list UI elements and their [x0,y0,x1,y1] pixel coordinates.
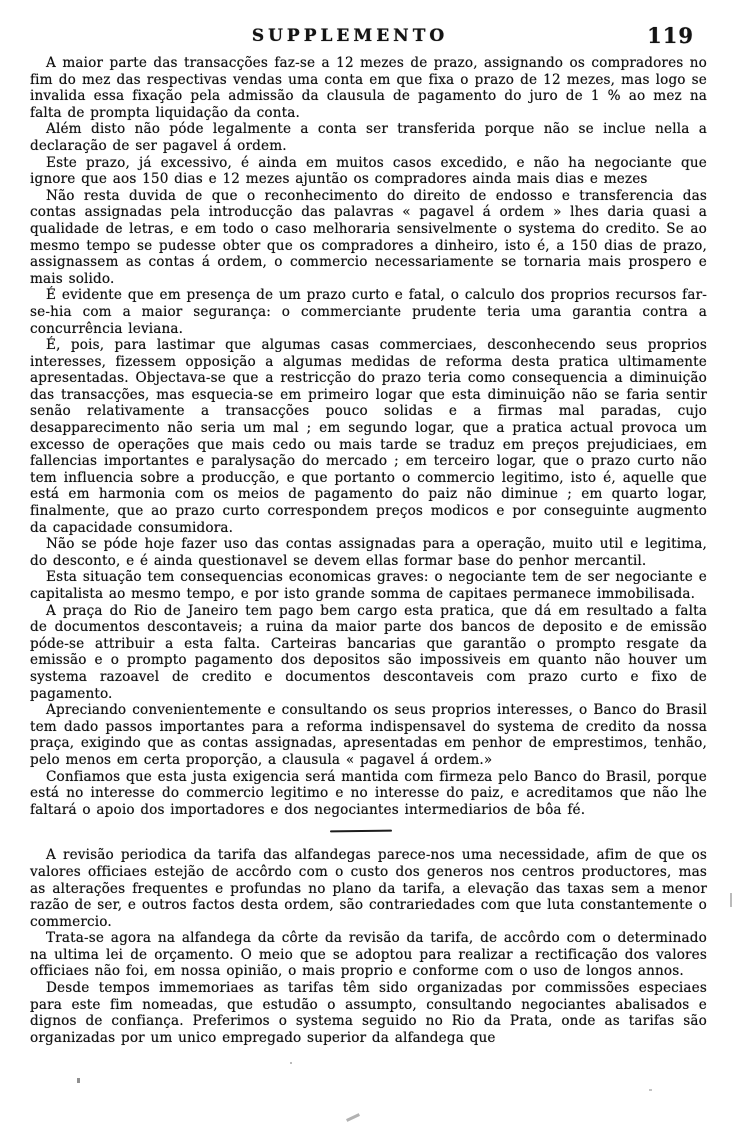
document-page: SUPPLEMENTO 119 A maior parte das transa… [0,0,736,1143]
paragraph: A praça do Rio de Janeiro tem pago bem c… [30,603,707,703]
paragraph: Não resta duvida de que o reconhecimento… [30,188,707,288]
scan-speck [77,1078,80,1083]
page-header: SUPPLEMENTO 119 [0,26,736,52]
paragraph: Este prazo, já excessivo, é ainda em mui… [30,155,707,188]
paragraph: Além disto não póde legalmente a conta s… [30,121,707,154]
paragraph: Confiamos que esta justa exigencia será … [30,769,707,819]
scan-speck [290,1062,292,1064]
page-body: A maior parte das transacções faz-se a 1… [30,55,707,1046]
scan-speck [649,1089,652,1091]
paragraph: Não se póde hoje fazer uso das contas as… [30,536,707,569]
section-tariff-revision: A revisão periodica da tarifa das alfand… [30,847,707,1046]
paragraph: Apreciando convenientemente e consultand… [30,702,707,768]
page-number: 119 [647,23,694,48]
section-divider [329,830,391,833]
scan-speck [730,893,732,907]
paragraph: Desde tempos immemoriaes as tarifas têm … [30,980,707,1046]
scan-speck [346,1113,360,1122]
paragraph: Esta situação tem consequencias economic… [30,569,707,602]
paragraph: É evidente que em presença de um prazo c… [30,287,707,337]
paragraph: É, pois, para lastimar que algumas casas… [30,337,707,536]
section-credit-practices: A maior parte das transacções faz-se a 1… [30,55,707,818]
document-title: SUPPLEMENTO [0,26,700,46]
paragraph: A maior parte das transacções faz-se a 1… [30,55,707,121]
paragraph: Trata-se agora na alfandega da côrte da … [30,930,707,980]
paragraph: A revisão periodica da tarifa das alfand… [30,847,707,930]
